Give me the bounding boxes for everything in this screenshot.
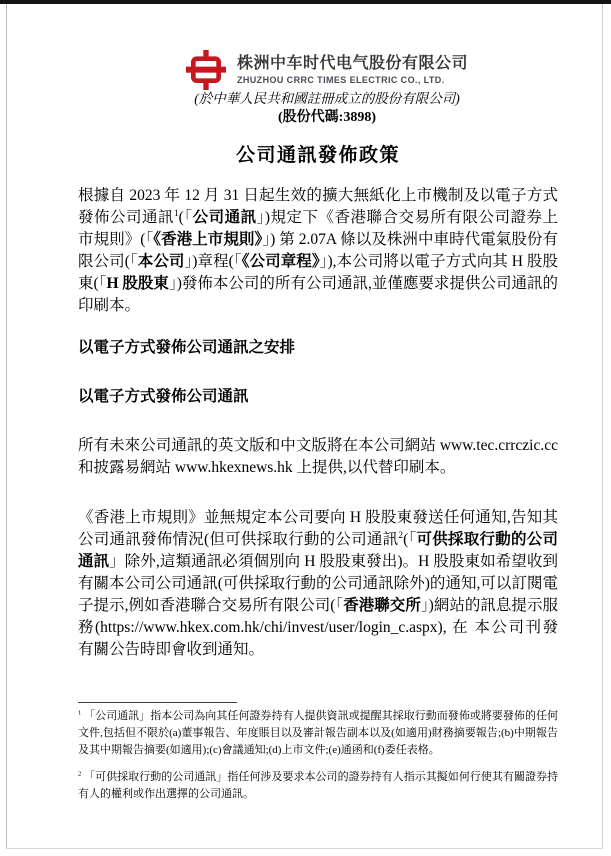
section-heading-electronic-publication: 以電子方式發佈公司通訊: [78, 386, 558, 408]
company-header: 株洲中车时代电气股份有限公司 ZHUZHOU CRRC TIMES ELECTR…: [78, 50, 558, 126]
document-page: 株洲中车时代电气股份有限公司 ZHUZHOU CRRC TIMES ELECTR…: [78, 0, 558, 803]
footnote-separator: [78, 702, 237, 703]
incorporation-note: (於中華人民共和國註冊成立的股份有限公司): [96, 90, 558, 107]
paragraph-notification: 《香港上市規則》並無規定本公司要向 H 股股東發送任何通知,告知其公司通訊發佈情…: [78, 507, 558, 661]
document-title: 公司通訊發佈政策: [78, 144, 558, 168]
crrc-logo-icon: [186, 50, 226, 90]
paragraph-websites: 所有未來公司通訊的英文版和中文版將在本公司網站 www.tec.crrczic.…: [78, 435, 558, 479]
stock-code-line: (股份代碼:3898): [96, 109, 558, 126]
footnote-2: 2 「可供採取行動的公司通訊」指任何涉及要求本公司的證券持有人指示其擬如何行使其…: [78, 769, 558, 803]
paragraph-intro: 根據自 2023 年 12 月 31 日起生效的擴大無紙化上市機制及以電子方式發…: [78, 185, 558, 317]
page-edge-left: [6, 4, 7, 849]
page-edge-right: [602, 4, 603, 849]
company-name-en: ZHUZHOU CRRC TIMES ELECTRIC CO., LTD.: [237, 75, 468, 86]
company-name-cn: 株洲中车时代电气股份有限公司: [237, 54, 468, 73]
company-names: 株洲中车时代电气股份有限公司 ZHUZHOU CRRC TIMES ELECTR…: [237, 54, 468, 86]
page-edge-bottom: [6, 848, 603, 849]
company-logo-block: 株洲中车时代电气股份有限公司 ZHUZHOU CRRC TIMES ELECTR…: [96, 50, 558, 90]
section-heading-arrangement: 以電子方式發佈公司通訊之安排: [78, 337, 558, 359]
footnote-1: 1 「公司通訊」指本公司為向其任何證券持有人提供資訊或提醒其採取行動而發佈或將要…: [78, 708, 558, 759]
